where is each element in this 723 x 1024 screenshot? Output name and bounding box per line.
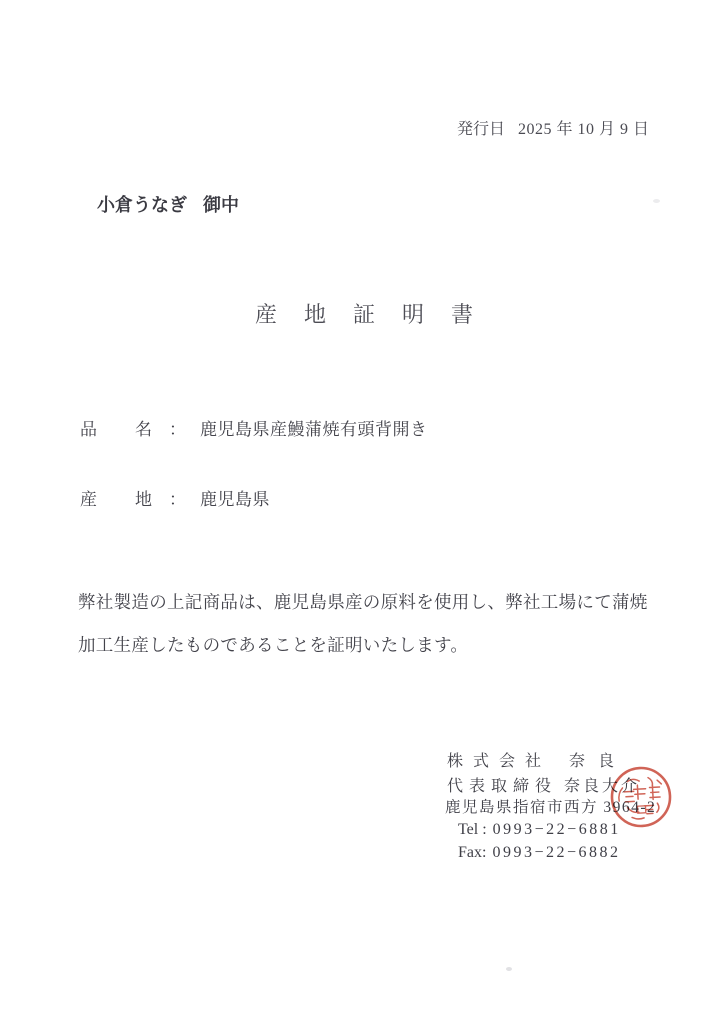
issue-date-label: 発行日 — [457, 121, 505, 138]
tel-line: Tel :0993−22−6881 — [458, 821, 621, 839]
scan-speck — [506, 967, 512, 971]
field-value-product: 鹿児島県産鰻蒲焼有頭背開き — [200, 415, 428, 440]
certification-text-line-2: 加工生産したものであることを証明いたします。 — [78, 632, 468, 657]
recipient-line: 小倉うなぎ御中 — [97, 191, 239, 217]
fax-label: Fax: — [458, 844, 486, 861]
tel-number: 0993−22−6881 — [493, 821, 621, 838]
field-separator: ： — [169, 485, 186, 510]
fax-number: 0993−22−6882 — [492, 844, 620, 861]
fax-line: Fax:0993−22−6882 — [458, 844, 621, 862]
representative-role: 代表取締役 — [447, 778, 557, 795]
field-row-product-name: 品名 ： 鹿児島県産鰻蒲焼有頭背開き — [0, 415, 723, 445]
field-separator: ： — [169, 415, 186, 440]
field-value-origin: 鹿児島県 — [200, 485, 270, 510]
recipient-name: 小倉うなぎ — [97, 195, 187, 215]
certificate-document: 発行日2025 年 10 月 9 日 小倉うなぎ御中 産地証明書 品名 ： 鹿児… — [0, 0, 723, 1024]
company-seal-stamp — [604, 760, 678, 834]
issue-date-value: 2025 年 10 月 9 日 — [518, 121, 650, 138]
company-name-line: 株式会社奈良 — [447, 748, 627, 771]
field-row-origin: 産地 ： 鹿児島県 — [0, 485, 723, 515]
company-type: 株式会社 — [447, 753, 551, 770]
issue-date-line: 発行日2025 年 10 月 9 日 — [457, 116, 650, 139]
certification-text-line-1: 弊社製造の上記商品は、鹿児島県産の原料を使用し、弊社工場にて蒲焼 — [78, 589, 648, 614]
document-title: 産地証明書 — [255, 298, 500, 329]
tel-label: Tel : — [458, 821, 487, 838]
scan-speck — [653, 199, 660, 203]
recipient-honorific: 御中 — [203, 195, 239, 215]
